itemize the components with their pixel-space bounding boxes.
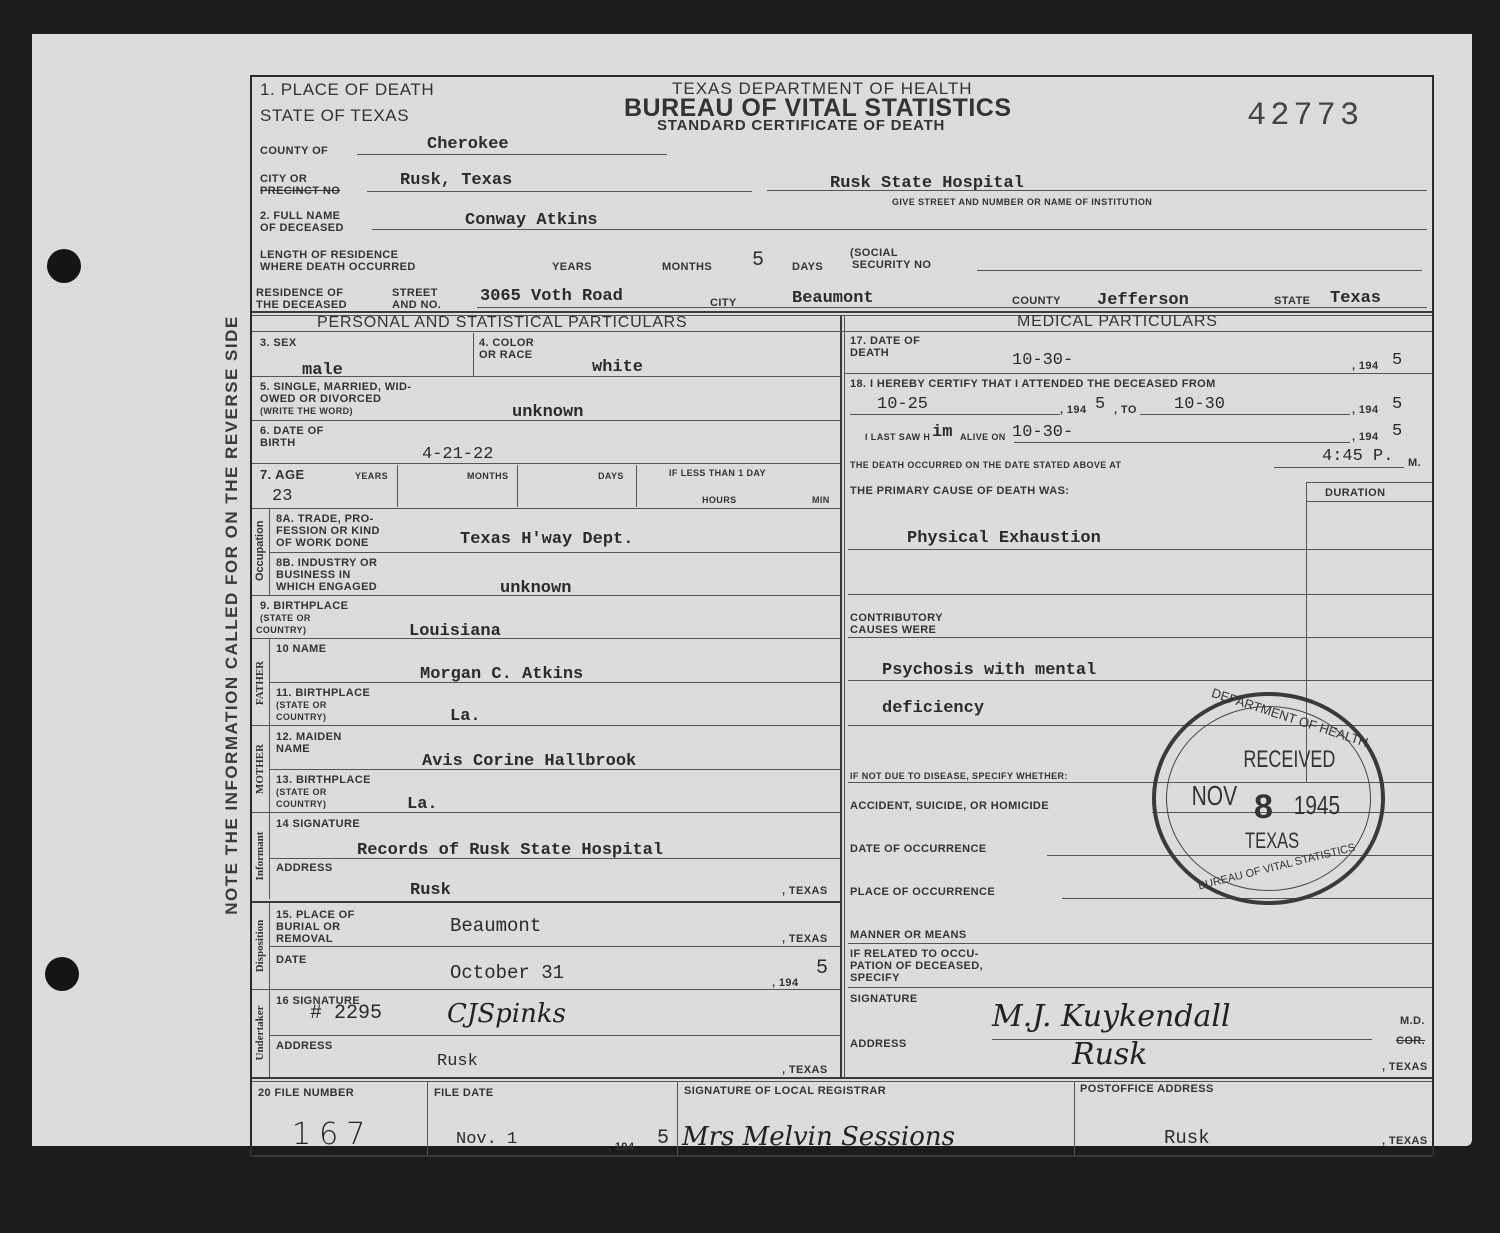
stamp-state: TEXAS xyxy=(1245,828,1299,854)
informant-address: Rusk xyxy=(410,881,451,900)
to-label: , TO xyxy=(1114,404,1137,416)
trade-value: Texas H'way Dept. xyxy=(460,530,633,549)
year-prefix: , 194 xyxy=(1060,404,1086,416)
burial-date-label: DATE xyxy=(276,954,307,966)
place-of-death-label: 1. PLACE OF DEATH xyxy=(260,81,434,99)
street-label: STREET xyxy=(392,287,438,299)
mother-birthplace-label-3: COUNTRY) xyxy=(276,798,326,810)
residence-length-label: LENGTH OF RESIDENCE xyxy=(260,249,398,261)
burial-year: 5 xyxy=(816,957,828,980)
informant-signature-label: 14 SIGNATURE xyxy=(276,818,360,830)
undertaker-side-label: Undertaker xyxy=(254,1003,266,1063)
stamp-bottom-arc: BUREAU OF VITAL STATISTICS xyxy=(1197,842,1357,893)
file-year: 5 xyxy=(657,1127,669,1150)
occurrence-date-label: DATE OF OCCURRENCE xyxy=(850,843,987,855)
death-time-label: THE DEATH OCCURRED ON THE DATE STATED AB… xyxy=(850,459,1121,471)
race-value: white xyxy=(592,358,643,377)
stamp-top-arc: DEPARTMENT OF HEALTH xyxy=(1210,685,1370,750)
disposition-side-label: Disposition xyxy=(254,916,266,976)
trade-label: 8A. TRADE, PRO- xyxy=(276,513,374,525)
burial-place: Beaumont xyxy=(450,915,541,937)
stamp-month: NOV xyxy=(1192,780,1238,812)
certificate-number: 42773 xyxy=(1247,97,1363,134)
last-saw-pronoun: im xyxy=(932,423,952,442)
attended-to-year: 5 xyxy=(1392,395,1402,414)
dod-label: 17. DATE OF xyxy=(850,335,920,347)
md-label: M.D. xyxy=(1400,1015,1425,1027)
race-label: 4. COLOR xyxy=(479,337,534,349)
residence-months: 5 xyxy=(752,249,764,272)
primary-cause: Physical Exhaustion xyxy=(907,529,1101,548)
undertaker-license: # 2295 xyxy=(310,1002,382,1025)
death-time: 4:45 P. xyxy=(1322,447,1393,466)
cor-label: COR. xyxy=(1396,1035,1425,1047)
burial-label-3: REMOVAL xyxy=(276,933,333,945)
ssn-label-2: SECURITY NO xyxy=(852,259,931,271)
year-prefix: , 194 xyxy=(1352,404,1378,416)
date-of-death: 10-30- xyxy=(1012,351,1073,370)
physician-address: Rusk xyxy=(1072,1037,1147,1072)
race-label-2: OR RACE xyxy=(479,349,533,361)
contributory-cause-1: Psychosis with mental xyxy=(882,661,1096,680)
ssn-field xyxy=(977,270,1422,271)
registrar-label: SIGNATURE OF LOCAL REGISTRAR xyxy=(684,1085,886,1097)
postoffice-value: Rusk xyxy=(1164,1127,1210,1149)
stamp-received: RECEIVED xyxy=(1243,746,1335,774)
registrar-signature: Mrs Melvin Sessions xyxy=(682,1122,955,1152)
age-years-label: YEARS xyxy=(355,470,388,482)
res-county-label: COUNTY xyxy=(1012,295,1061,307)
years-label: YEARS xyxy=(552,261,592,273)
physician-address-label: ADDRESS xyxy=(850,1038,907,1050)
manner-label: MANNER OR MEANS xyxy=(850,929,967,941)
res-state-label: STATE xyxy=(1274,295,1310,307)
related-label: IF RELATED TO OCCU- xyxy=(850,948,979,960)
father-name-label: 10 NAME xyxy=(276,643,326,655)
res-state-value: Texas xyxy=(1330,289,1381,308)
min-label: MIN xyxy=(812,494,830,506)
last-saw-label: I LAST SAW H xyxy=(865,431,930,443)
county-label: COUNTY OF xyxy=(260,145,328,157)
contributory-label-2: CAUSES WERE xyxy=(850,624,936,636)
industry-label-3: WHICH ENGAGED xyxy=(276,581,377,593)
dob-label-2: BIRTH xyxy=(260,437,296,449)
physician-signature-label: SIGNATURE xyxy=(850,993,918,1005)
residence-label: RESIDENCE OF xyxy=(256,287,343,299)
dod-label-2: DEATH xyxy=(850,347,889,359)
texas-label: , TEXAS xyxy=(782,1064,828,1076)
residence-length-label-2: WHERE DEATH OCCURRED xyxy=(260,261,416,273)
occurrence-place-label: PLACE OF OCCURRENCE xyxy=(850,886,995,898)
birthplace-label-2: (STATE OR xyxy=(260,612,311,624)
sex-value: male xyxy=(302,361,343,380)
form-title: STANDARD CERTIFICATE OF DEATH xyxy=(657,117,945,134)
year-prefix: , 194 xyxy=(1352,431,1378,443)
last-saw-year: 5 xyxy=(1392,422,1402,441)
less-than-day-label: IF LESS THAN 1 DAY xyxy=(669,467,766,479)
age-years-value: 23 xyxy=(272,487,292,506)
punch-hole xyxy=(45,957,79,991)
alive-on-label: ALIVE ON xyxy=(960,431,1006,443)
mother-birthplace-label: 13. BIRTHPLACE xyxy=(276,774,371,786)
dob-label: 6. DATE OF xyxy=(260,425,324,437)
father-side-label: FATHER xyxy=(254,653,266,713)
mother-birthplace-label-2: (STATE OR xyxy=(276,786,327,798)
informant-address-label: ADDRESS xyxy=(276,862,333,874)
death-certificate-form: 1. PLACE OF DEATH STATE OF TEXAS TEXAS D… xyxy=(250,75,1434,1157)
sex-label: 3. SEX xyxy=(260,337,297,349)
contributory-cause-2: deficiency xyxy=(882,699,984,718)
res-city-value: Beaumont xyxy=(792,289,874,308)
city-value: Rusk, Texas xyxy=(400,171,512,190)
trade-label-3: OF WORK DONE xyxy=(276,537,369,549)
texas-label: , TEXAS xyxy=(782,885,828,897)
file-date: Nov. 1 xyxy=(456,1130,517,1149)
last-saw-date: 10-30- xyxy=(1012,423,1073,442)
punch-hole xyxy=(47,249,81,283)
undertaker-signature: CJSpinks xyxy=(447,999,566,1029)
reverse-side-note: NOTE THE INFORMATION CALLED FOR ON THE R… xyxy=(222,315,242,914)
texas-label: , TEXAS xyxy=(1382,1135,1428,1147)
full-name-label-2: OF DECEASED xyxy=(260,222,344,234)
contributory-label: CONTRIBUTORY xyxy=(850,612,943,624)
medical-section-title: MEDICAL PARTICULARS xyxy=(1017,313,1218,331)
stamp-year: 1945 xyxy=(1294,790,1340,821)
dod-year: 5 xyxy=(1392,351,1402,370)
street-label-2: AND NO. xyxy=(392,299,441,311)
county-value: Cherokee xyxy=(427,135,509,154)
age-days-label: DAYS xyxy=(598,470,624,482)
ssn-label: (SOCIAL xyxy=(850,247,898,259)
father-birthplace-label-3: COUNTRY) xyxy=(276,711,326,723)
father-birthplace-label-2: (STATE OR xyxy=(276,699,327,711)
burial-label-2: BURIAL OR xyxy=(276,921,341,933)
undertaker-address: Rusk xyxy=(437,1052,478,1071)
death-time-suffix: M. xyxy=(1408,457,1421,469)
birthplace-label-3: COUNTRY) xyxy=(256,624,306,636)
year-prefix: , 194 xyxy=(1352,360,1378,372)
attended-from-year: 5 xyxy=(1095,395,1105,414)
institution-hint: GIVE STREET AND NUMBER OR NAME OF INSTIT… xyxy=(892,196,1152,208)
related-label-2: PATION OF DECEASED, xyxy=(850,960,983,972)
certify-label: 18. I HEREBY CERTIFY THAT I ATTENDED THE… xyxy=(850,378,1216,390)
age-label: 7. AGE xyxy=(260,469,305,481)
industry-label-2: BUSINESS IN xyxy=(276,569,351,581)
received-stamp: DEPARTMENT OF HEALTH BUREAU OF VITAL STA… xyxy=(1152,692,1385,905)
birthplace-label: 9. BIRTHPLACE xyxy=(260,600,348,612)
mother-name-label-2: NAME xyxy=(276,743,310,755)
industry-label: 8B. INDUSTRY OR xyxy=(276,557,377,569)
file-number: 167 xyxy=(292,1117,373,1152)
state-label: STATE OF TEXAS xyxy=(260,107,409,125)
months-label: MONTHS xyxy=(662,261,712,273)
age-months-label: MONTHS xyxy=(467,470,508,482)
attended-from: 10-25 xyxy=(877,395,928,414)
file-year-prefix: , 194 xyxy=(608,1141,634,1153)
precinct-label: PRECINCT NO xyxy=(260,185,340,197)
days-label: DAYS xyxy=(792,261,823,273)
deceased-name: Conway Atkins xyxy=(465,211,598,230)
texas-label: , TEXAS xyxy=(782,933,828,945)
primary-cause-label: THE PRIMARY CAUSE OF DEATH WAS: xyxy=(850,485,1069,497)
dob-value: 4-21-22 xyxy=(422,445,493,464)
father-birthplace: La. xyxy=(450,707,481,726)
postoffice-label: POSTOFFICE ADDRESS xyxy=(1080,1083,1214,1095)
residence-label-2: THE DECEASED xyxy=(256,299,347,311)
father-birthplace-label: 11. BIRTHPLACE xyxy=(276,687,370,699)
related-label-3: SPECIFY xyxy=(850,972,900,984)
mother-name-label: 12. MAIDEN xyxy=(276,731,342,743)
hours-label: HOURS xyxy=(702,494,737,506)
occupation-side-label: Occupation xyxy=(254,521,266,581)
marital-label-2: OWED OR DIVORCED xyxy=(260,393,381,405)
city-label: CITY OR xyxy=(260,173,307,185)
file-number-label: 20 FILE NUMBER xyxy=(258,1087,354,1099)
file-date-label: FILE DATE xyxy=(434,1087,494,1099)
burial-label: 15. PLACE OF xyxy=(276,909,355,921)
burial-date: October 31 xyxy=(450,962,564,984)
undertaker-address-label: ADDRESS xyxy=(276,1040,333,1052)
texas-label: , TEXAS xyxy=(1382,1061,1428,1073)
mother-side-label: MOTHER xyxy=(254,739,266,799)
full-name-label: 2. FULL NAME xyxy=(260,210,340,222)
attended-to: 10-30 xyxy=(1174,395,1225,414)
marital-label-3: (WRITE THE WORD) xyxy=(260,405,353,417)
personal-section-title: PERSONAL AND STATISTICAL PARTICULARS xyxy=(317,314,688,332)
stamp-day: 8 xyxy=(1254,788,1273,827)
burial-year-prefix: , 194 xyxy=(772,977,798,989)
accident-label: ACCIDENT, SUICIDE, OR HOMICIDE xyxy=(850,800,1049,812)
street-value: 3065 Voth Road xyxy=(480,287,623,306)
trade-label-2: FESSION OR KIND xyxy=(276,525,380,537)
informant-side-label: Informant xyxy=(254,826,266,886)
duration-label: DURATION xyxy=(1325,487,1385,499)
not-disease-label: IF NOT DUE TO DISEASE, SPECIFY WHETHER: xyxy=(850,770,1068,782)
physician-signature: M.J. Kuykendall xyxy=(992,999,1231,1034)
marital-label: 5. SINGLE, MARRIED, WID- xyxy=(260,381,411,393)
